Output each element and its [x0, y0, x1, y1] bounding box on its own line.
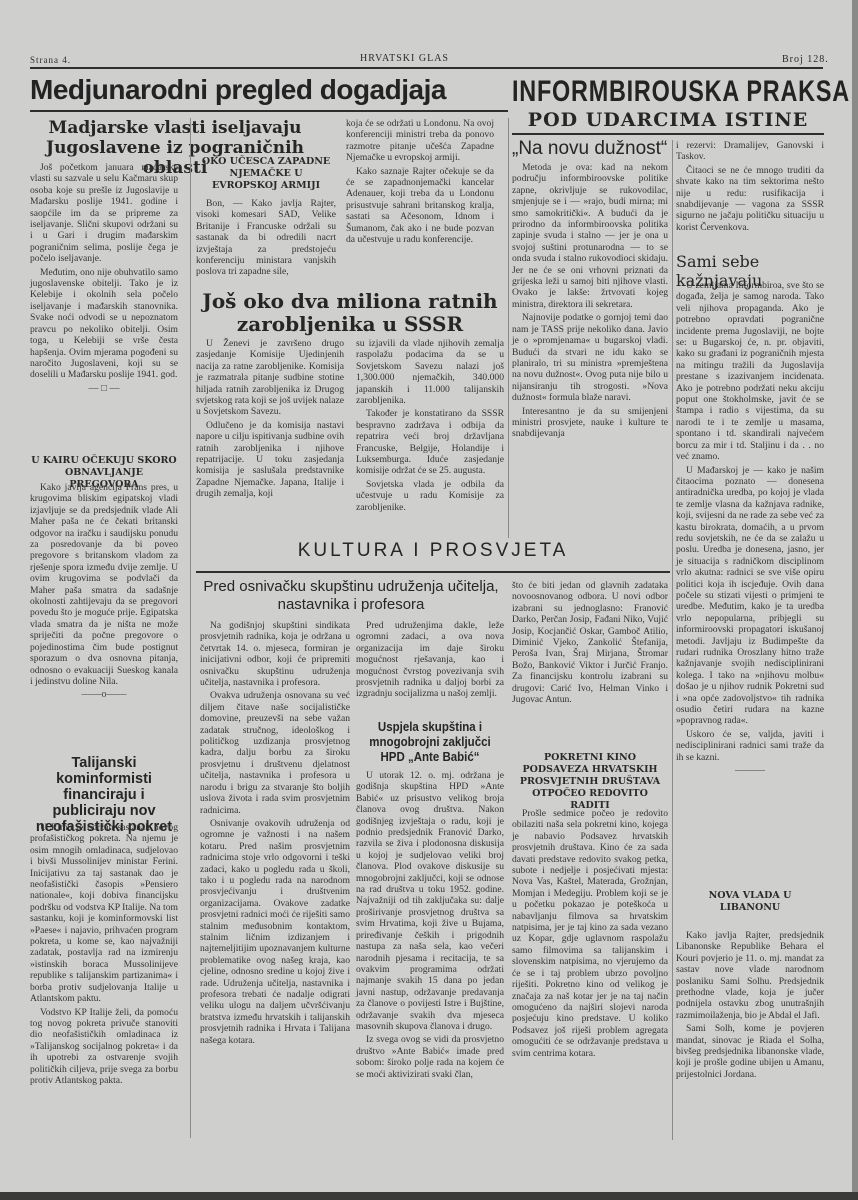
kairo-body: Kako javlja agencija Frans pres, u krugo…: [30, 482, 178, 701]
talijanski-paragraph: U Rimu je održan sastanak novog profašis…: [30, 822, 178, 1005]
njemacke-paragraph: Kako saznaje Rajter očekuje se da će se …: [346, 166, 494, 246]
page-bottom-edge: [0, 1192, 858, 1200]
hpd-paragraph: Iz svega ovog se vidi da prosvjetno druš…: [356, 1034, 504, 1080]
column-divider: [508, 118, 509, 538]
banner-left-rule: [30, 110, 508, 112]
banner-right-rule: [512, 133, 824, 135]
kino-body: Prošle sedmice počeo je redovito obilazi…: [512, 808, 668, 1061]
kairo-paragraph: Kako javlja agencija Frans pres, u krugo…: [30, 482, 178, 687]
issue-number: Broj 128.: [782, 54, 829, 65]
libanon-paragraph: Sami Solh, kome je povjeren mandat, sino…: [676, 1023, 824, 1080]
njemacke-body-col1: Bon, — Kako javlja Rajter, visoki komesa…: [196, 198, 336, 280]
talijanski-paragraph: Vodstvo KP Italije želi, da pomoću tog n…: [30, 1007, 178, 1087]
ornament-divider: — □ —: [30, 383, 178, 394]
talijanski-body: U Rimu je održan sastanak novog profašis…: [30, 822, 178, 1088]
zarobljenici-headline-line1: Još oko dva miliona ratnih: [196, 290, 504, 313]
ucitelji-paragraph: Ovakva udruženja osnovana su već diljem …: [200, 690, 350, 815]
column-divider: [672, 140, 673, 1140]
nova-duznost-paragraph: Najnovije podatke o gornjoj temi dao nam…: [512, 312, 668, 403]
page-edge-shadow: [852, 0, 858, 1200]
section-kultura-rule: [196, 571, 670, 573]
njemacke-paragraph: koja će se održati u Londonu. Na ovoj ko…: [346, 118, 494, 164]
madjarske-paragraph: Međutim, ono nije obuhvatilo samo jugosl…: [30, 267, 178, 381]
zarobljenici-headline: Još oko dva miliona ratnih zarobljenika …: [196, 290, 504, 336]
banner-right-title: INFORMBIROUSKA PRAKSA: [512, 75, 850, 109]
nova-duznost-paragraph: Interesantno je da su smijenjeni ministr…: [512, 406, 668, 440]
ucitelji-paragraph: Osnivanje ovakovih udruženja od ogromne …: [200, 818, 350, 1046]
ucitelji-body-col3: što će biti jedan od glavnih zadataka no…: [512, 580, 668, 707]
zarobljenici-body-col2: su izjavili da vlade njihovih zemalja ra…: [356, 338, 504, 515]
ucitelji-paragraph: Na godišnjoj skupštini sindikata prosvje…: [200, 620, 350, 688]
zarobljenici-paragraph: Odlučeno je da komisija nastavi napore u…: [196, 420, 344, 500]
sami-sebe-paragraph: Uskoro će se, valjda, javiti i nediscipl…: [676, 729, 824, 763]
hpd-paragraph: U utorak 12. o. mj. održana je godišnja …: [356, 770, 504, 1032]
libanon-body: Kako javlja Rajter, predsjednik Libanons…: [676, 930, 824, 1082]
zarobljenici-body-col1: U Ženevi je završeno drugo zasjedanje Ko…: [196, 338, 344, 502]
ornament-divider: ——o——: [30, 689, 178, 700]
nova-duznost-body-col2: i rezervi: Dramalijev, Ganovski i Taskov…: [676, 140, 824, 235]
zarobljenici-paragraph: U Ženevi je završeno drugo zasjedanje Ko…: [196, 338, 344, 418]
banner-right-subtitle: POD UDARCIMA ISTINE: [512, 109, 824, 131]
section-kultura-title: KULTURA I PROSVJETA: [196, 540, 670, 562]
hpd-body: U utorak 12. o. mj. održana je godišnja …: [356, 770, 504, 1082]
madjarske-paragraph: Još početkom januara mađarske vlasti su …: [30, 162, 178, 265]
nova-duznost-body-col1: Metoda je ova: kad na nekom području inf…: [512, 162, 668, 442]
libanon-headline: NOVA VLADA U LIBANONU: [700, 890, 800, 914]
newspaper-page: Strana 4. HRVATSKI GLAS Broj 128. Medjun…: [0, 0, 858, 1200]
kino-headline: POKRETNI KINO PODSAVEZA HRVATSKIH PROSVJ…: [512, 752, 668, 812]
nova-duznost-paragraph: Metoda je ova: kad na nekom području inf…: [512, 162, 668, 310]
madjarske-body: Još početkom januara mađarske vlasti su …: [30, 162, 178, 394]
zarobljenici-paragraph: su izjavili da vlade njihovih zemalja ra…: [356, 338, 504, 406]
banner-left-title: Medjunarodni pregled dogadjaja: [30, 74, 446, 106]
libanon-paragraph: Kako javlja Rajter, predsjednik Libanons…: [676, 930, 824, 1021]
kino-paragraph: Prošle sedmice počeo je redovito obilazi…: [512, 808, 668, 1059]
sami-sebe-body: U zemljama Informbiroa, sve što se događ…: [676, 280, 824, 776]
njemacke-headline: OKO UČESCA ZAPADNE NJEMAČKE U EVROPSKOJ …: [196, 156, 336, 192]
hpd-headline: Uspjela skupština i mnogobrojni zaključc…: [362, 720, 498, 765]
njemacke-body-col2: koja će se održati u Londonu. Na ovoj ko…: [346, 118, 494, 247]
sami-sebe-paragraph: U Mađarskoj je — kako je našim čitaocima…: [676, 465, 824, 727]
njemacke-paragraph: Bon, — Kako javlja Rajter, visoki komesa…: [196, 198, 336, 278]
zarobljenici-headline-line2: zarobljenika u SSSR: [196, 313, 504, 336]
page-number: Strana 4.: [30, 55, 71, 65]
ucitelji-paragraph: što će biti jedan od glavnih zadataka no…: [512, 580, 668, 705]
masthead: HRVATSKI GLAS: [360, 53, 449, 64]
nova-duznost-paragraph: Čitaoci se ne će mnogo truditi da shvate…: [676, 165, 824, 233]
madjarske-headline-line1: Madjarske vlasti iseljavaju: [30, 118, 320, 138]
ucitelji-paragraph: Pred udruženjima dakle, leže ogromni zad…: [356, 620, 504, 700]
sami-sebe-paragraph: U zemljama Informbiroa, sve što se događ…: [676, 280, 824, 463]
column-divider: [190, 118, 191, 1138]
ornament-divider: ———: [676, 765, 824, 776]
ucitelji-body-col2: Pred udruženjima dakle, leže ogromni zad…: [356, 620, 504, 702]
nova-duznost-headline: „Na novu dužnost“: [512, 138, 672, 160]
zarobljenici-paragraph: Sovjetska vlada je odbila da učestvuje u…: [356, 479, 504, 513]
ucitelji-headline: Pred osnivačku skupštinu udruženja učite…: [196, 578, 506, 614]
nova-duznost-paragraph: i rezervi: Dramalijev, Ganovski i Taskov…: [676, 140, 824, 163]
ucitelji-body-col1: Na godišnjoj skupštini sindikata prosvje…: [200, 620, 350, 1048]
zarobljenici-paragraph: Također je konstatirano da SSSR bespravn…: [356, 408, 504, 476]
header-rule: [30, 67, 823, 69]
